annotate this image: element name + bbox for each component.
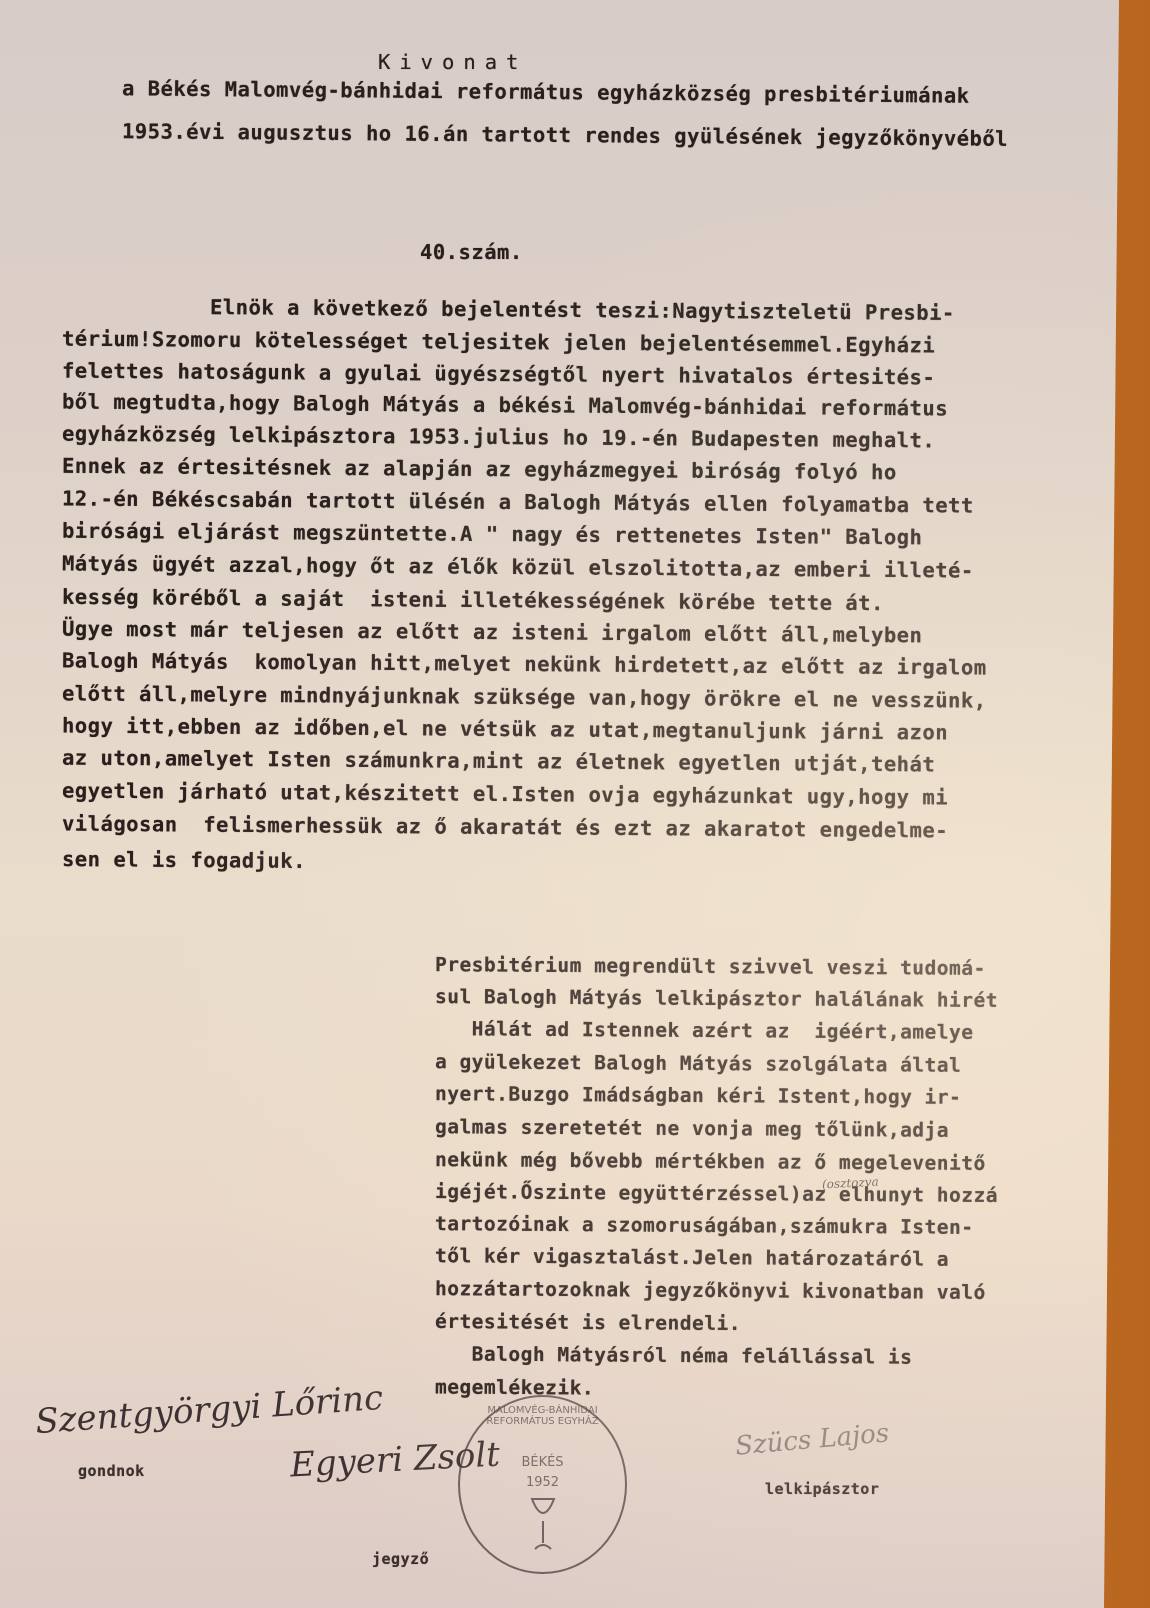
section-number: 40.szám.: [420, 240, 523, 264]
resolution-line: Balogh Mátyásról néma felállással is: [435, 1342, 913, 1368]
body-line: felettes hatoságunk a gyulai ügyészségtő…: [62, 359, 935, 390]
signature-gondnok: Szentgyörgyi Lőrinc: [34, 1378, 384, 1442]
body-line: Elnök a következő bejelentést teszi:Nagy…: [210, 295, 955, 325]
chalice-icon: [530, 1497, 556, 1552]
body-line: hogy itt,ebben az időben,el ne vétsük az…: [62, 714, 948, 745]
document-title: Kivonat: [378, 50, 527, 74]
heading-line-1: a Békés Malomvég-bánhidai református egy…: [122, 76, 970, 107]
body-line: 12.-én Békéscsabán tartott ülésén a Balo…: [62, 486, 974, 517]
resolution-line: től kér vigasztalást.Jelen határozatáról…: [435, 1244, 949, 1271]
stamp-city: BÉKÉS: [460, 1455, 625, 1470]
stamp-ring-text: MALOMVÉG-BÁNHIDAI REFORMÁTUS EGYHÁZ: [460, 1405, 625, 1427]
body-line: Ennek az értesitésnek az alapján az egyh…: [62, 454, 897, 485]
resolution-line: Presbitérium megrendült szivvel veszi tu…: [435, 953, 986, 980]
resolution-line: Hálát ad Istennek azért az igéért,amelye: [435, 1017, 974, 1044]
role-lelkipasztor: lelkipásztor: [765, 1480, 879, 1498]
body-line: az uton,amelyet Isten számunkra,mint az …: [62, 746, 935, 777]
body-line: világosan felismerhessük az ő akaratát é…: [62, 812, 948, 843]
resolution-line: galmas szeretetét ne vonja meg tőlünk,ad…: [435, 1115, 949, 1142]
document-page: Kivonat a Békés Malomvég-bánhidai reform…: [0, 0, 1150, 1608]
stamp-year: 1952: [460, 1475, 625, 1490]
signature-lelkipasztor: Szücs Lajos: [734, 1418, 890, 1461]
body-line: Ügye most már teljesen az előtt az isten…: [62, 617, 923, 648]
body-line: ből megtudta,hogy Balogh Mátyás a békési…: [62, 390, 948, 421]
resolution-line: nyert.Buzgo Imádságban kéri Istent,hogy …: [435, 1082, 961, 1109]
resolution-line: tartozóinak a szomoruságában,számukra Is…: [435, 1212, 974, 1239]
resolution-line: értesitését is elrendeli.: [435, 1310, 741, 1335]
handwritten-insertion: (osztozva: [822, 1175, 879, 1192]
body-line: egyházközség lelkipásztora 1953.julius h…: [62, 422, 935, 453]
resolution-line: hozzátartozoknak jegyzőkönyvi kivonatban…: [435, 1277, 986, 1304]
body-line: kesség köréből a saját isteni illetékess…: [62, 585, 884, 615]
church-seal-stamp: MALOMVÉG-BÁNHIDAI REFORMÁTUS EGYHÁZ BÉKÉ…: [458, 1395, 627, 1574]
body-line: sen el is fogadjuk.: [62, 847, 306, 873]
resolution-line: sul Balogh Mátyás lelkipásztor halálának…: [435, 985, 998, 1012]
body-line: egyetlen járható utat,készitett el.Isten…: [62, 779, 948, 810]
body-line: térium!Szomoru kötelességet teljesitek j…: [62, 327, 935, 358]
resolution-line: megemlékezik.: [435, 1375, 594, 1399]
role-jegyzo: jegyző: [372, 1550, 429, 1568]
body-line: Balogh Mátyás komolyan hitt,melyet nekün…: [62, 648, 987, 679]
resolution-line: nekünk még bővebb mértékben az ő megelev…: [435, 1148, 986, 1175]
resolution-line: a gyülekezet Balogh Mátyás szolgálata ál…: [435, 1050, 961, 1077]
heading-line-2: 1953.évi augusztus ho 16.án tartott rend…: [122, 119, 1008, 151]
body-line: Mátyás ügyét azzal,hogy őt az élők közül…: [62, 551, 974, 582]
body-line: birósági eljárást megszüntette.A " nagy …: [62, 519, 923, 550]
body-line: előtt áll,melyre mindnyájunknak szüksége…: [62, 681, 987, 712]
signature-jegyzo: Egyeri Zsolt: [289, 1435, 501, 1486]
role-gondnok: gondnok: [78, 1462, 145, 1480]
resolution-line: igéjét.Őszinte együttérzéssel)az elhunyt…: [435, 1180, 998, 1207]
